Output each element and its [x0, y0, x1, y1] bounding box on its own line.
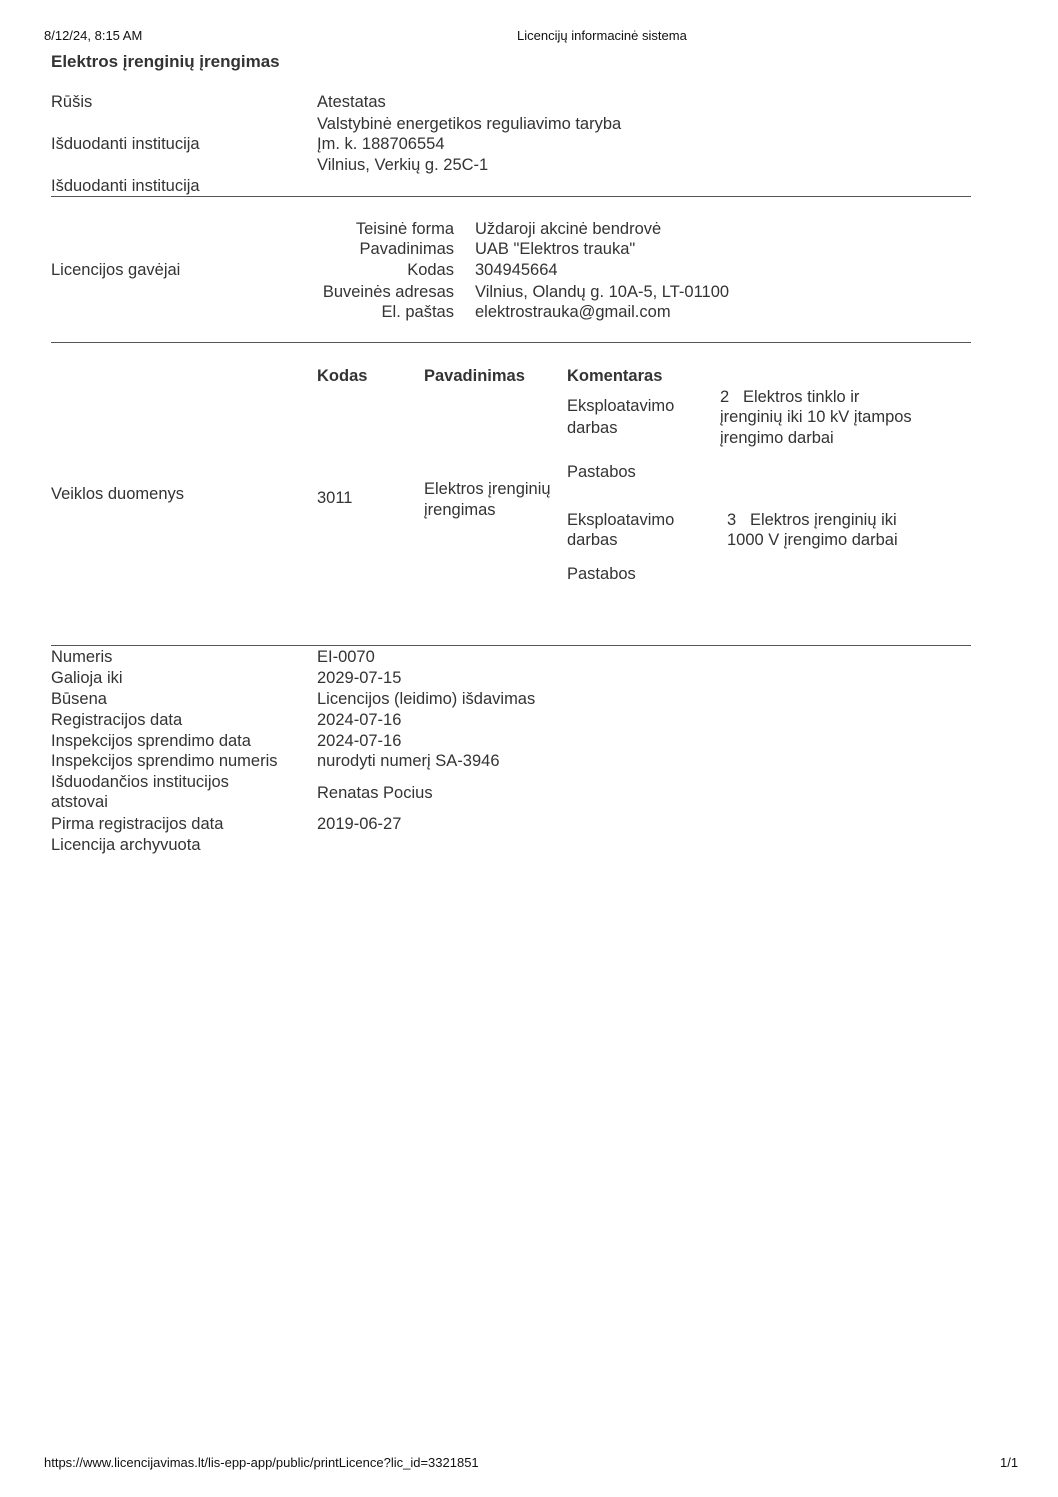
- comment-2-text: 3 Elektros įrenginių iki: [727, 510, 897, 530]
- detail-label-registration-date: Registracijos data: [51, 710, 182, 730]
- field-label-code: Kodas: [300, 260, 454, 280]
- institution-label: Išduodanti institucija: [51, 134, 200, 154]
- detail-value-inspection-date: 2024-07-16: [317, 731, 401, 751]
- comment-1-text-line-2: įrenginių iki 10 kV įtampos: [720, 407, 912, 427]
- column-header-code: Kodas: [317, 366, 367, 386]
- activity-name-line-2: įrengimas: [424, 500, 496, 520]
- field-label-address: Buveinės adresas: [300, 282, 454, 302]
- section-divider: [51, 342, 971, 343]
- detail-value-registration-date: 2024-07-16: [317, 710, 401, 730]
- institution-name: Valstybinė energetikos reguliavimo taryb…: [317, 114, 621, 134]
- detail-label-inspection-date: Inspekcijos sprendimo data: [51, 731, 251, 751]
- comment-1-text-line-1: Elektros tinklo ir: [743, 388, 859, 406]
- rusis-value: Atestatas: [317, 92, 386, 112]
- detail-label-representatives-line-2: atstovai: [51, 792, 108, 812]
- detail-label-number: Numeris: [51, 647, 112, 667]
- column-header-name: Pavadinimas: [424, 366, 525, 386]
- column-header-comment: Komentaras: [567, 366, 662, 386]
- activity-label: Veiklos duomenys: [51, 484, 184, 504]
- comment-1-text: 2 Elektros tinklo ir: [720, 387, 859, 407]
- institution-code: Įm. k. 188706554: [317, 134, 445, 154]
- detail-label-inspection-number: Inspekcijos sprendimo numeris: [51, 751, 278, 771]
- field-value-code: 304945664: [475, 260, 558, 280]
- comment-1-type-line-2: darbas: [567, 418, 617, 438]
- detail-value-representatives: Renatas Pocius: [317, 783, 433, 803]
- comment-1-number: 2: [720, 388, 729, 406]
- print-footer-page: 1/1: [1000, 1455, 1018, 1470]
- field-value-name: UAB "Elektros trauka": [475, 239, 635, 259]
- comment-1-text-line-3: įrengimo darbai: [720, 428, 834, 448]
- institution-address: Vilnius, Verkių g. 25C-1: [317, 155, 488, 175]
- detail-label-archived: Licencija archyvuota: [51, 835, 201, 855]
- field-value-legal-form: Uždaroji akcinė bendrovė: [475, 219, 661, 239]
- detail-label-representatives-line-1: Išduodančios institucijos: [51, 772, 229, 792]
- field-value-address: Vilnius, Olandų g. 10A-5, LT-01100: [475, 282, 729, 302]
- activity-name-line-1: Elektros įrenginių: [424, 479, 551, 499]
- print-system-title: Licencijų informacinė sistema: [517, 28, 687, 43]
- detail-value-first-registration: 2019-06-27: [317, 814, 401, 834]
- rusis-label: Rūšis: [51, 92, 92, 112]
- comment-2-type-line-1: Eksploatavimo: [567, 510, 674, 530]
- detail-value-status: Licencijos (leidimo) išdavimas: [317, 689, 535, 709]
- comment-2-notes-label: Pastabos: [567, 564, 636, 584]
- detail-value-inspection-number: nurodyti numerį SA-3946: [317, 751, 500, 771]
- section-divider: [51, 645, 971, 646]
- detail-label-first-registration: Pirma registracijos data: [51, 814, 223, 834]
- field-label-email: El. paštas: [300, 302, 454, 322]
- detail-value-valid-until: 2029-07-15: [317, 668, 401, 688]
- activity-code: 3011: [317, 488, 352, 508]
- section-divider: [51, 196, 971, 197]
- comment-2-text-line-1: Elektros įrenginių iki: [750, 511, 897, 529]
- page-title: Elektros įrenginių įrengimas: [51, 52, 280, 72]
- comment-1-notes-label: Pastabos: [567, 462, 636, 482]
- print-footer-url: https://www.licencijavimas.lt/lis-epp-ap…: [44, 1455, 479, 1470]
- field-label-legal-form: Teisinė forma: [300, 219, 454, 239]
- print-datetime: 8/12/24, 8:15 AM: [44, 28, 142, 43]
- field-label-name: Pavadinimas: [300, 239, 454, 259]
- detail-label-valid-until: Galioja iki: [51, 668, 123, 688]
- comment-2-number: 3: [727, 511, 736, 529]
- detail-value-number: EI-0070: [317, 647, 375, 667]
- recipients-label: Licencijos gavėjai: [51, 260, 180, 280]
- comment-2-text-line-2: 1000 V įrengimo darbai: [727, 530, 898, 550]
- comment-2-type-line-2: darbas: [567, 530, 617, 550]
- field-value-email: elektrostrauka@gmail.com: [475, 302, 671, 322]
- comment-1-type-line-1: Eksploatavimo: [567, 396, 674, 416]
- institution-label-2: Išduodanti institucija: [51, 176, 200, 196]
- detail-label-status: Būsena: [51, 689, 107, 709]
